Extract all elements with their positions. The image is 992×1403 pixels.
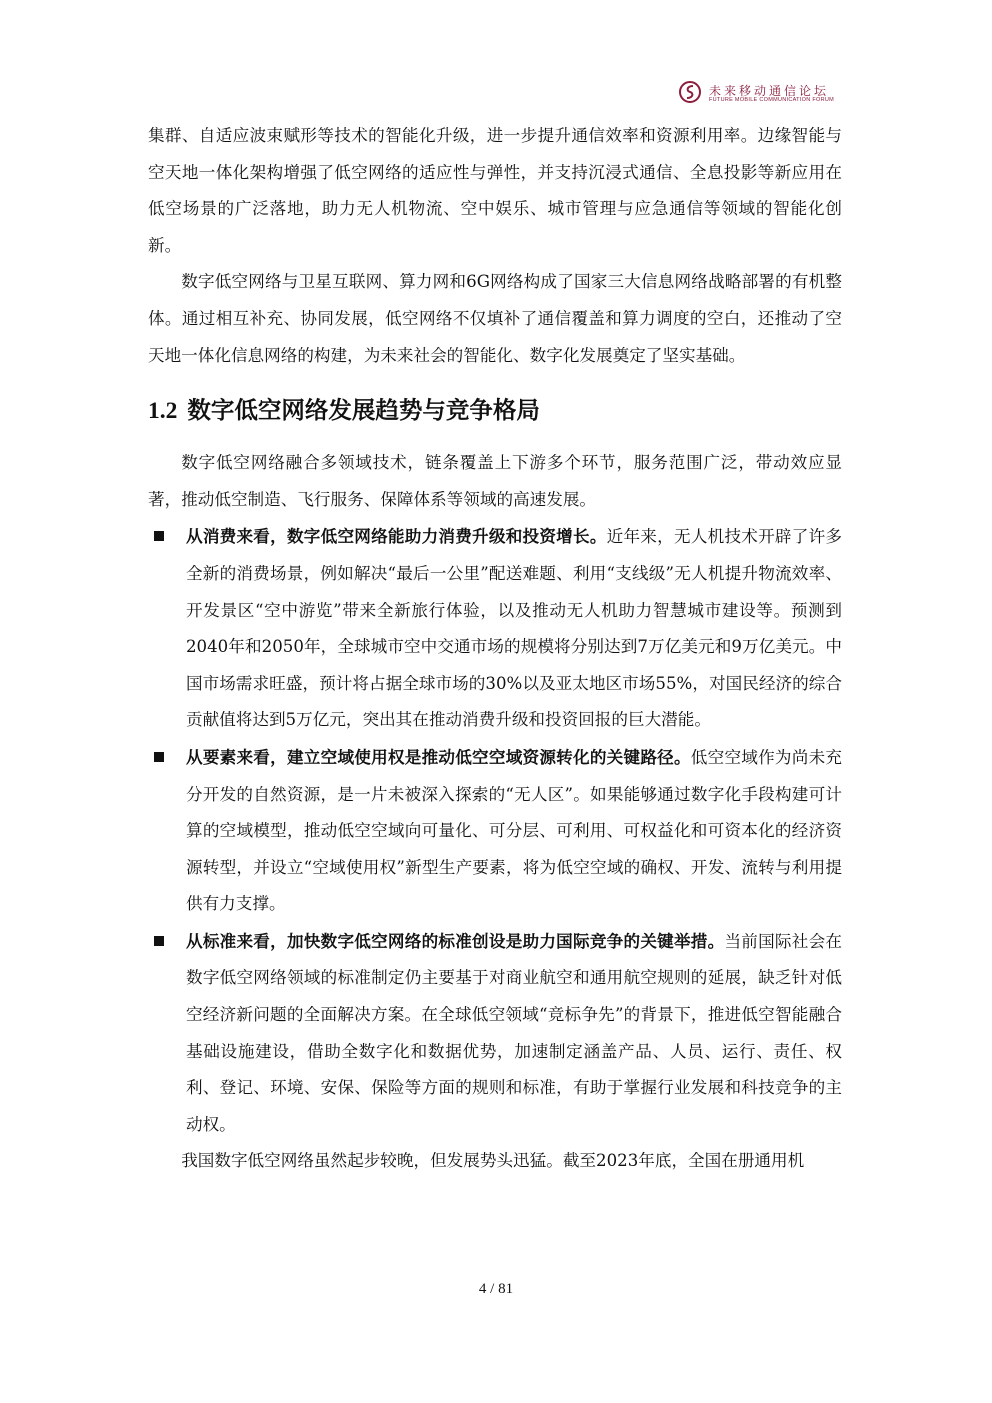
section-heading: 1.2数字低空网络发展趋势与竞争格局 xyxy=(148,390,842,431)
bullet-lead: 从消费来看，数字低空网络能助力消费升级和投资增长。 xyxy=(186,526,607,546)
forum-logo-icon xyxy=(679,81,701,103)
square-bullet-icon xyxy=(154,531,164,541)
bullet-text: 当前国际社会在数字低空网络领域的标准制定仍主要基于对商业航空和通用航空规则的延展… xyxy=(186,932,842,1134)
section-number: 1.2 xyxy=(148,398,177,424)
square-bullet-icon xyxy=(154,936,164,946)
paragraph: 我国数字低空网络虽然起步较晚，但发展势头迅猛。截至2023年底，全国在册通用机 xyxy=(148,1143,842,1180)
paragraph: 数字低空网络融合多领域技术，链条覆盖上下游多个环节，服务范围广泛，带动效应显著，… xyxy=(148,445,842,518)
forum-logo: 未来移动通信论坛 FUTURE MOBILE COMMUNICATION FOR… xyxy=(679,80,839,110)
page-number: 4 / 81 xyxy=(0,1281,992,1298)
bullet-item: 从消费来看，数字低空网络能助力消费升级和投资增长。近年来，无人机技术开辟了许多全… xyxy=(148,518,842,739)
square-bullet-icon xyxy=(154,752,164,762)
bullet-lead: 从标准来看，加快数字低空网络的标准创设是助力国际竞争的关键举措。 xyxy=(186,931,724,951)
section-title: 数字低空网络发展趋势与竞争格局 xyxy=(187,396,540,424)
paragraph-continued: 集群、自适应波束赋形等技术的智能化升级，进一步提升通信效率和资源利用率。边缘智能… xyxy=(148,118,842,264)
bullet-text: 近年来，无人机技术开辟了许多全新的消费场景，例如解决“最后一公里”配送难题、利用… xyxy=(186,527,842,729)
logo-english-text: FUTURE MOBILE COMMUNICATION FORUM xyxy=(709,97,834,103)
bullet-item: 从要素来看，建立空域使用权是推动低空空域资源转化的关键路径。低空空域作为尚未充分… xyxy=(148,739,842,923)
bullet-text: 低空空域作为尚未充分开发的自然资源，是一片未被深入探索的“无人区”。如果能够通过… xyxy=(186,748,842,913)
paragraph: 数字低空网络与卫星互联网、算力网和6G网络构成了国家三大信息网络战略部署的有机整… xyxy=(148,264,842,374)
bullet-item: 从标准来看，加快数字低空网络的标准创设是助力国际竞争的关键举措。当前国际社会在数… xyxy=(148,923,842,1144)
bullet-lead: 从要素来看，建立空域使用权是推动低空空域资源转化的关键路径。 xyxy=(186,747,691,767)
document-body: 集群、自适应波束赋形等技术的智能化升级，进一步提升通信效率和资源利用率。边缘智能… xyxy=(148,118,842,1180)
